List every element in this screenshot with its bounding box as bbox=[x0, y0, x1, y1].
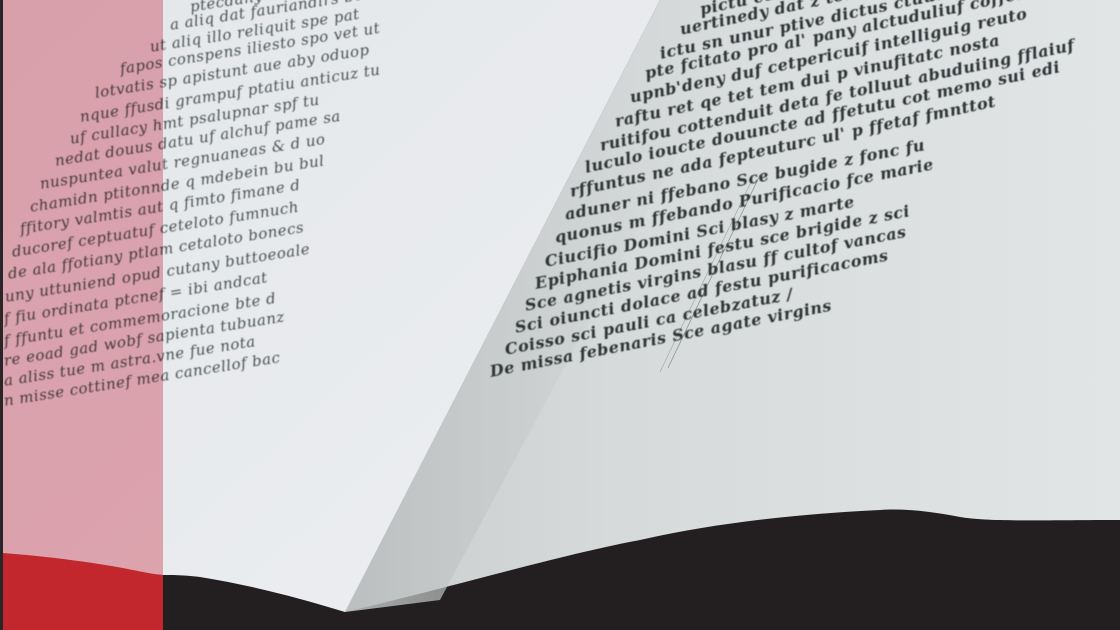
manuscript-photo: ptecdany valde pieste ffecuttum pt a ali… bbox=[0, 0, 1120, 630]
book-pages-shape bbox=[0, 0, 1120, 630]
left-edge-strip bbox=[0, 0, 3, 630]
